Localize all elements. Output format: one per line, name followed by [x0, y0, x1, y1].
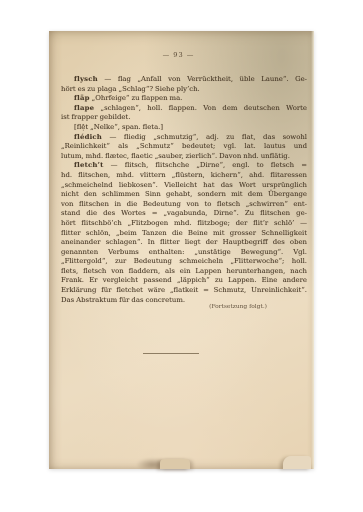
text-line: aneinander schlagen“. In flitter liegt d…: [61, 238, 307, 248]
text-line: flitter schlön, „beim Tanzen die Beine m…: [61, 229, 307, 239]
text-line: nicht den schlimmen Sinn gehabt, sondern…: [61, 190, 307, 200]
entry-headword: flysch: [74, 75, 98, 83]
entry-headword: flape: [74, 104, 94, 112]
text-block: flysch — flag „Anfall von Verrücktheit, …: [61, 75, 307, 305]
entry-headword: flédich: [74, 133, 102, 141]
text-line: hd. flitschen, mhd. vlittern „flüstern, …: [61, 171, 307, 181]
text-line: „schmeichelnd liebkosen“. Vielleicht hat…: [61, 181, 307, 191]
section-divider: [143, 353, 199, 354]
document-page: — 93 — flysch — flag „Anfall von Verrück…: [49, 31, 314, 469]
text-line: Erklärung für fletchet wäre „flatkeit = …: [61, 286, 307, 296]
text-line: flédich — fliedig „schmutzig“, adj. zu f…: [61, 133, 307, 143]
text-line: genannten Verbums enthalten: „unstätige …: [61, 248, 307, 258]
text-line: fletch’t — flitsch, flitschche „Dirne“, …: [61, 161, 307, 171]
shadow-smudge: [137, 458, 163, 469]
text-line: [flệt „Nelke“, span. fleta.]: [61, 123, 307, 133]
page-clip-left: [160, 459, 190, 469]
entry-headword: fletch’t: [74, 161, 104, 169]
text-line: ist frapper gebildet.: [61, 113, 307, 123]
text-line: lutum, mhd. flætec, flaetic „sauber, zie…: [61, 152, 307, 162]
text-line: Frank. Er vergleicht passend „läppich“ z…: [61, 276, 307, 286]
scan-background: — 93 — flysch — flag „Anfall von Verrück…: [0, 0, 363, 512]
text-line: flysch — flag „Anfall von Verrücktheit, …: [61, 75, 307, 85]
text-line: Das Abstraktum für das concretum.: [61, 296, 307, 306]
text-line: fläp „Ohrfeige“ zu flappen ma.: [61, 94, 307, 104]
text-line: hört es zu plaga „Schlag“? Siehe ply’ch.: [61, 85, 307, 95]
text-line: flape „schlagen“, holl. flappen. Von dem…: [61, 104, 307, 114]
text-line: hört flitschbö’ch „Flitzbogen mhd. flitz…: [61, 219, 307, 229]
page-number: — 93 —: [49, 51, 308, 59]
page-clip-right: [283, 456, 311, 469]
text-line: „Flittergold“, zur Bedeutung schmeicheln…: [61, 257, 307, 267]
text-line: „Reinlichkeit“ als „Schmutz“ bedeutet; v…: [61, 142, 307, 152]
text-line: von flitschen in die Bedeutung von to fl…: [61, 200, 307, 210]
text-line: stand die des Wortes = „vagabunda, Dirne…: [61, 209, 307, 219]
entry-headword: fläp: [74, 94, 90, 102]
continuation-note: (Fortsetzung folgt.): [209, 304, 267, 310]
